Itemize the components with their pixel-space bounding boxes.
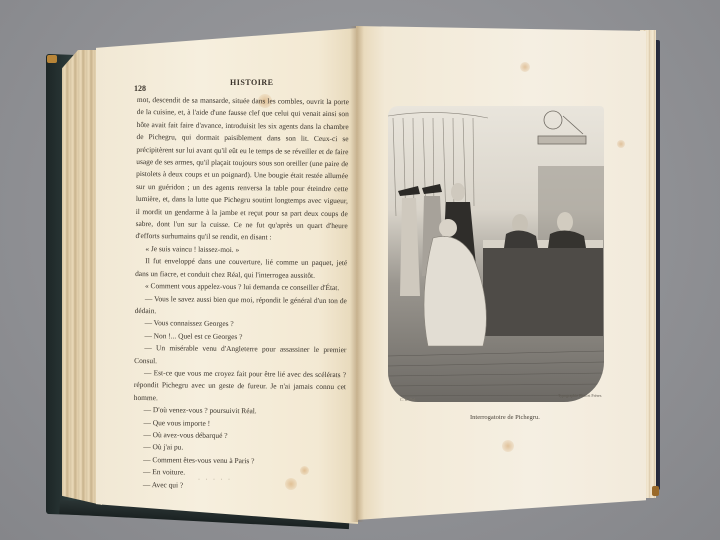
illustration-caption: Interrogatoire de Pichegru. — [470, 414, 540, 421]
book-gutter — [350, 26, 364, 522]
floor-hatching — [388, 351, 604, 396]
engraving-illustration — [388, 106, 604, 402]
running-head: HISTOIRE — [230, 78, 273, 87]
foxing-spot — [520, 62, 530, 72]
paragraph: Il fut enveloppé dans une couverture, li… — [135, 255, 347, 282]
open-book: 128 HISTOIRE mot, descendit de sa mansar… — [0, 0, 720, 540]
paragraph: mot, descendit de sa mansarde, située da… — [135, 94, 349, 245]
end-ornament: · · · · · — [198, 477, 232, 483]
table-drawing — [483, 246, 603, 336]
engraving-scene — [388, 106, 604, 402]
paragraph: — Avec qui ? — [133, 479, 345, 494]
cover-corner-top-left — [47, 55, 57, 63]
foxing-spot — [502, 440, 514, 452]
paragraph: — Vous le savez aussi bien que moi, répo… — [135, 292, 347, 319]
cover-corner-bottom-right — [652, 486, 659, 496]
body-text: mot, descendit de sa mansarde, située da… — [133, 94, 349, 493]
globe-shelf — [538, 111, 586, 144]
foxing-spot — [617, 140, 625, 148]
engraver-signature: C. R. Del. — [400, 397, 416, 402]
paragraph: — Un misérable venu d'Angleterre pour as… — [134, 342, 346, 369]
paragraph: — Est-ce que vous me croyez fait pour êt… — [134, 367, 346, 406]
printer-credit: Typographie Plon et Frères — [558, 393, 601, 398]
page-number: 128 — [134, 84, 146, 93]
